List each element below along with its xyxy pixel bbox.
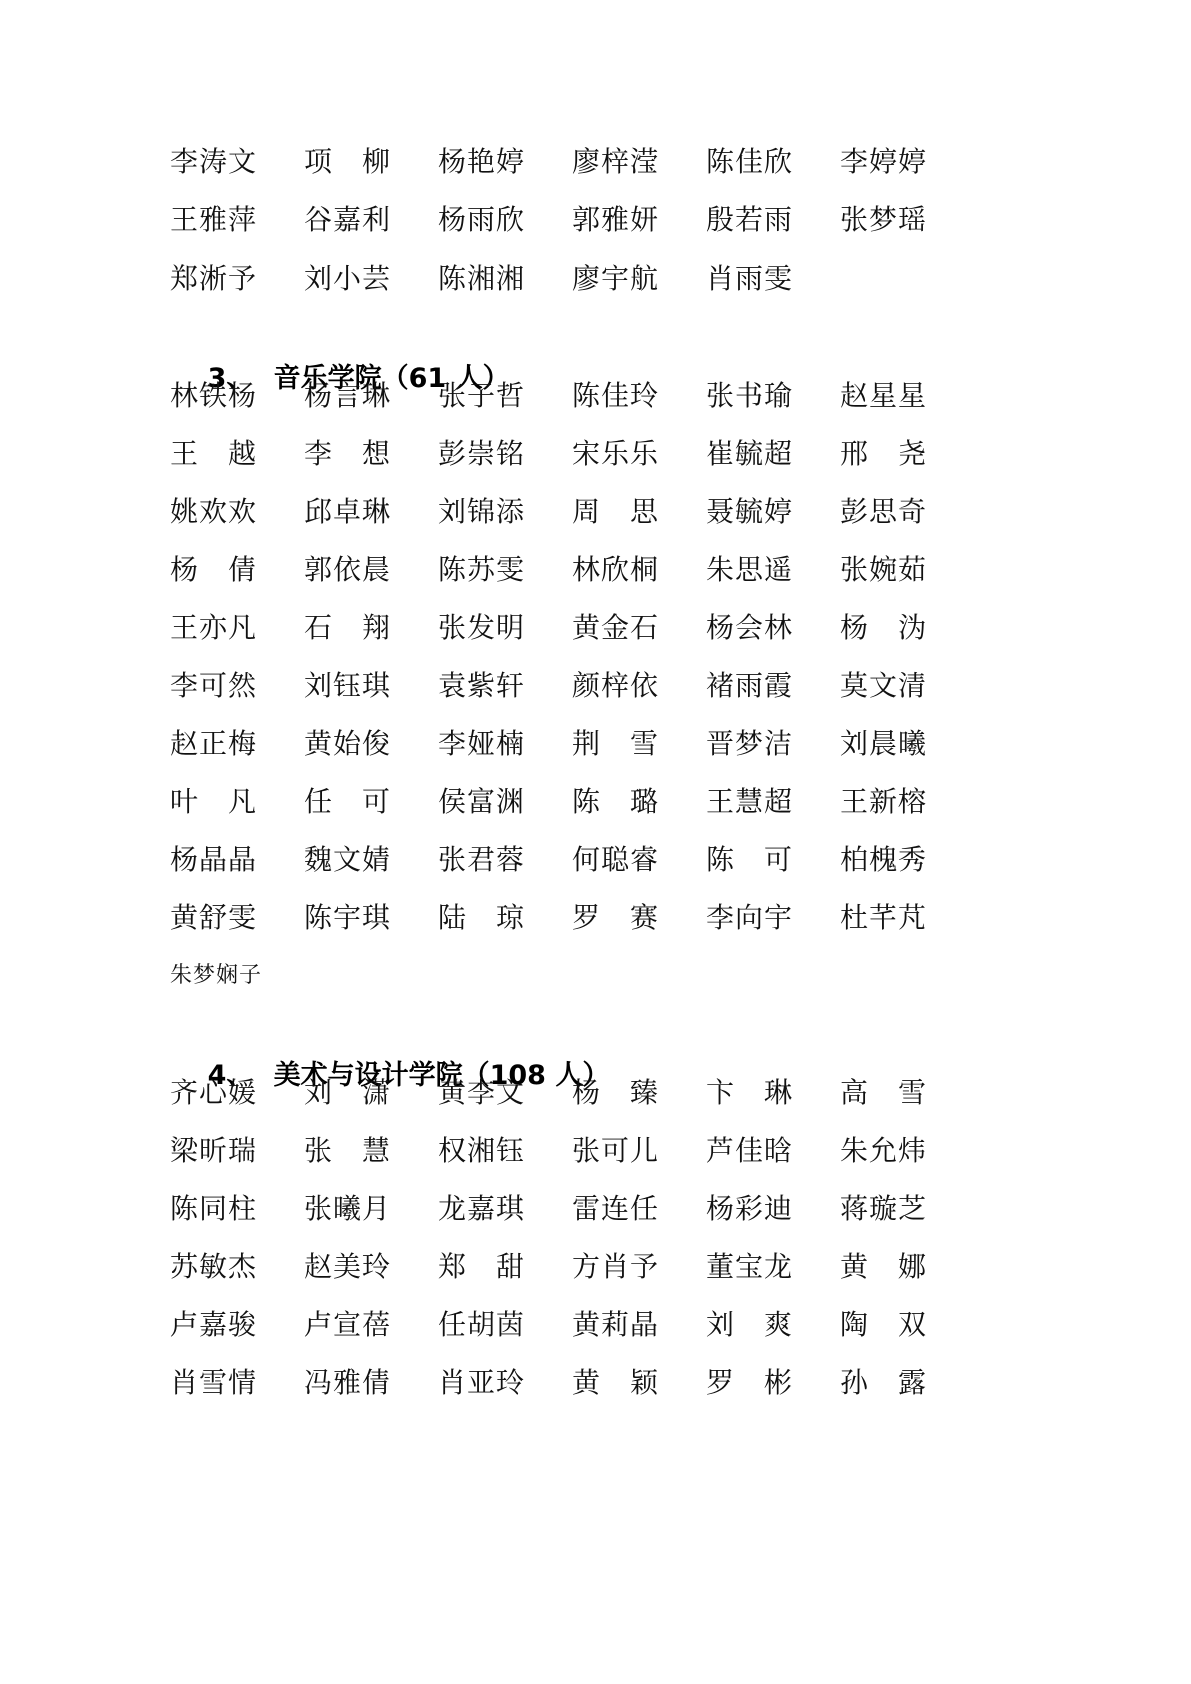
name-row: 叶 凡 任 可 侯富渊 陈 璐 王慧超 王新榕 <box>170 782 974 822</box>
student-name: 陈湘湘 <box>438 259 572 299</box>
name-row: 肖雪情 冯雅倩 肖亚玲 黄 颖 罗 彬 孙 露 <box>170 1363 974 1403</box>
student-name: 黄始俊 <box>304 724 438 764</box>
student-name: 罗 彬 <box>706 1363 840 1403</box>
student-name: 殷若雨 <box>706 200 840 240</box>
name-row: 苏敏杰 赵美玲 郑 甜 方肖予 董宝龙 黄 娜 <box>170 1247 974 1287</box>
student-name: 肖雨雯 <box>706 259 840 299</box>
student-name: 齐心媛 <box>170 1073 304 1113</box>
student-name: 袁紫轩 <box>438 666 572 706</box>
student-name: 刘晨曦 <box>840 724 974 764</box>
student-name: 杜芊芃 <box>840 898 974 938</box>
student-name: 黄舒雯 <box>170 898 304 938</box>
name-row: 王雅萍 谷嘉利 杨雨欣 郭雅妍 殷若雨 张梦瑶 <box>170 200 974 240</box>
student-name: 聂毓婷 <box>706 492 840 532</box>
student-name: 王雅萍 <box>170 200 304 240</box>
name-row: 杨 倩 郭依晨 陈苏雯 林欣桐 朱思遥 张婉茹 <box>170 550 974 590</box>
student-name: 芦佳晗 <box>706 1131 840 1171</box>
name-row: 陈同柱 张曦月 龙嘉琪 雷连任 杨彩迪 蒋璇芝 <box>170 1189 974 1229</box>
student-name: 张发明 <box>438 608 572 648</box>
student-name: 王新榕 <box>840 782 974 822</box>
student-name: 谷嘉利 <box>304 200 438 240</box>
student-name: 邢 尧 <box>840 434 974 474</box>
student-name: 李 想 <box>304 434 438 474</box>
student-name: 孙 露 <box>840 1363 974 1403</box>
student-name: 杨晶晶 <box>170 840 304 880</box>
student-name: 黄 娜 <box>840 1247 974 1287</box>
student-name: 邱卓琳 <box>304 492 438 532</box>
student-name: 姚欢欢 <box>170 492 304 532</box>
student-name: 张 慧 <box>304 1131 438 1171</box>
student-name: 荆 雪 <box>572 724 706 764</box>
student-name: 张可儿 <box>572 1131 706 1171</box>
name-row: 齐心媛 刘 潇 黄李文 杨 臻 卞 琳 高 雪 <box>170 1073 974 1113</box>
student-name: 杨会林 <box>706 608 840 648</box>
student-name: 陈苏雯 <box>438 550 572 590</box>
student-name: 柏槐秀 <box>840 840 974 880</box>
student-name: 刘钰琪 <box>304 666 438 706</box>
name-row: 王 越 李 想 彭崇铭 宋乐乐 崔毓超 邢 尧 <box>170 434 974 474</box>
student-name: 魏文婧 <box>304 840 438 880</box>
student-name: 赵美玲 <box>304 1247 438 1287</box>
student-name: 刘小芸 <box>304 259 438 299</box>
student-name: 高 雪 <box>840 1073 974 1113</box>
student-name: 黄莉晶 <box>572 1305 706 1345</box>
name-row: 赵正梅 黄始俊 李娅楠 荆 雪 晋梦洁 刘晨曦 <box>170 724 974 764</box>
student-name: 张梦瑶 <box>840 200 974 240</box>
name-row: 朱梦娴子 <box>170 956 304 996</box>
student-name: 王亦凡 <box>170 608 304 648</box>
student-name: 彭崇铭 <box>438 434 572 474</box>
name-row: 卢嘉骏 卢宣蓓 任胡茵 黄莉晶 刘 爽 陶 双 <box>170 1305 974 1345</box>
student-name: 叶 凡 <box>170 782 304 822</box>
student-name: 莫文清 <box>840 666 974 706</box>
student-name: 刘锦添 <box>438 492 572 532</box>
student-name: 崔毓超 <box>706 434 840 474</box>
student-name: 刘 潇 <box>304 1073 438 1113</box>
name-row: 王亦凡 石 翔 张发明 黄金石 杨会林 杨 沩 <box>170 608 974 648</box>
student-name: 陈 可 <box>706 840 840 880</box>
student-name: 张君蓉 <box>438 840 572 880</box>
student-name: 褚雨霞 <box>706 666 840 706</box>
student-name: 杨艳婷 <box>438 142 572 182</box>
name-row: 李涛文 项 柳 杨艳婷 廖梓滢 陈佳欣 李婷婷 <box>170 142 974 182</box>
student-name: 卢宣蓓 <box>304 1305 438 1345</box>
student-name: 郑淅予 <box>170 259 304 299</box>
student-name: 陈佳欣 <box>706 142 840 182</box>
student-name: 卢嘉骏 <box>170 1305 304 1345</box>
name-row: 黄舒雯 陈宇琪 陆 琼 罗 赛 李向宇 杜芊芃 <box>170 898 974 938</box>
student-name: 陈 璐 <box>572 782 706 822</box>
student-name: 李婷婷 <box>840 142 974 182</box>
student-name: 雷连任 <box>572 1189 706 1229</box>
student-name: 朱梦娴子 <box>170 956 304 996</box>
student-name: 郭依晨 <box>304 550 438 590</box>
student-name: 李可然 <box>170 666 304 706</box>
document-page: 李涛文 项 柳 杨艳婷 廖梓滢 陈佳欣 李婷婷 王雅萍 谷嘉利 杨雨欣 郭雅妍 … <box>0 0 1191 1684</box>
student-name: 杨言琳 <box>304 376 438 416</box>
student-name: 权湘钰 <box>438 1131 572 1171</box>
student-name: 宋乐乐 <box>572 434 706 474</box>
student-name: 黄金石 <box>572 608 706 648</box>
student-name: 黄 颖 <box>572 1363 706 1403</box>
student-name: 方肖予 <box>572 1247 706 1287</box>
student-name: 黄李文 <box>438 1073 572 1113</box>
student-name: 卞 琳 <box>706 1073 840 1113</box>
student-name: 杨 臻 <box>572 1073 706 1113</box>
student-name: 林铁杨 <box>170 376 304 416</box>
student-name: 周 思 <box>572 492 706 532</box>
name-row: 李可然 刘钰琪 袁紫轩 颜梓依 褚雨霞 莫文清 <box>170 666 974 706</box>
student-name: 廖梓滢 <box>572 142 706 182</box>
student-name: 陈同柱 <box>170 1189 304 1229</box>
student-name: 项 柳 <box>304 142 438 182</box>
student-name: 杨雨欣 <box>438 200 572 240</box>
student-name: 肖亚玲 <box>438 1363 572 1403</box>
student-name: 廖宇航 <box>572 259 706 299</box>
student-name: 郭雅妍 <box>572 200 706 240</box>
student-name: 王慧超 <box>706 782 840 822</box>
name-row: 郑淅予 刘小芸 陈湘湘 廖宇航 肖雨雯 <box>170 259 974 299</box>
student-name: 何聪睿 <box>572 840 706 880</box>
student-name: 陈佳玲 <box>572 376 706 416</box>
student-name: 陶 双 <box>840 1305 974 1345</box>
student-name: 罗 赛 <box>572 898 706 938</box>
student-name: 任胡茵 <box>438 1305 572 1345</box>
name-row: 梁昕瑞 张 慧 权湘钰 张可儿 芦佳晗 朱允炜 <box>170 1131 974 1171</box>
student-name: 董宝龙 <box>706 1247 840 1287</box>
student-name <box>840 259 974 299</box>
student-name: 张子哲 <box>438 376 572 416</box>
student-name: 朱思遥 <box>706 550 840 590</box>
student-name: 赵正梅 <box>170 724 304 764</box>
student-name: 杨 沩 <box>840 608 974 648</box>
student-name: 刘 爽 <box>706 1305 840 1345</box>
student-name: 颜梓依 <box>572 666 706 706</box>
student-name: 彭思奇 <box>840 492 974 532</box>
student-name: 冯雅倩 <box>304 1363 438 1403</box>
student-name: 李娅楠 <box>438 724 572 764</box>
student-name: 李向宇 <box>706 898 840 938</box>
student-name: 李涛文 <box>170 142 304 182</box>
name-row: 林铁杨 杨言琳 张子哲 陈佳玲 张书瑜 赵星星 <box>170 376 974 416</box>
student-name: 侯富渊 <box>438 782 572 822</box>
student-name: 赵星星 <box>840 376 974 416</box>
student-name: 梁昕瑞 <box>170 1131 304 1171</box>
student-name: 张曦月 <box>304 1189 438 1229</box>
student-name: 陆 琼 <box>438 898 572 938</box>
name-row: 杨晶晶 魏文婧 张君蓉 何聪睿 陈 可 柏槐秀 <box>170 840 974 880</box>
student-name: 晋梦洁 <box>706 724 840 764</box>
student-name: 苏敏杰 <box>170 1247 304 1287</box>
student-name: 肖雪情 <box>170 1363 304 1403</box>
student-name: 王 越 <box>170 434 304 474</box>
student-name: 任 可 <box>304 782 438 822</box>
student-name: 郑 甜 <box>438 1247 572 1287</box>
student-name: 张书瑜 <box>706 376 840 416</box>
student-name: 龙嘉琪 <box>438 1189 572 1229</box>
student-name: 张婉茹 <box>840 550 974 590</box>
student-name: 杨彩迪 <box>706 1189 840 1229</box>
student-name: 陈宇琪 <box>304 898 438 938</box>
student-name: 朱允炜 <box>840 1131 974 1171</box>
student-name: 蒋璇芝 <box>840 1189 974 1229</box>
student-name: 林欣桐 <box>572 550 706 590</box>
name-row: 姚欢欢 邱卓琳 刘锦添 周 思 聂毓婷 彭思奇 <box>170 492 974 532</box>
student-name: 石 翔 <box>304 608 438 648</box>
student-name: 杨 倩 <box>170 550 304 590</box>
